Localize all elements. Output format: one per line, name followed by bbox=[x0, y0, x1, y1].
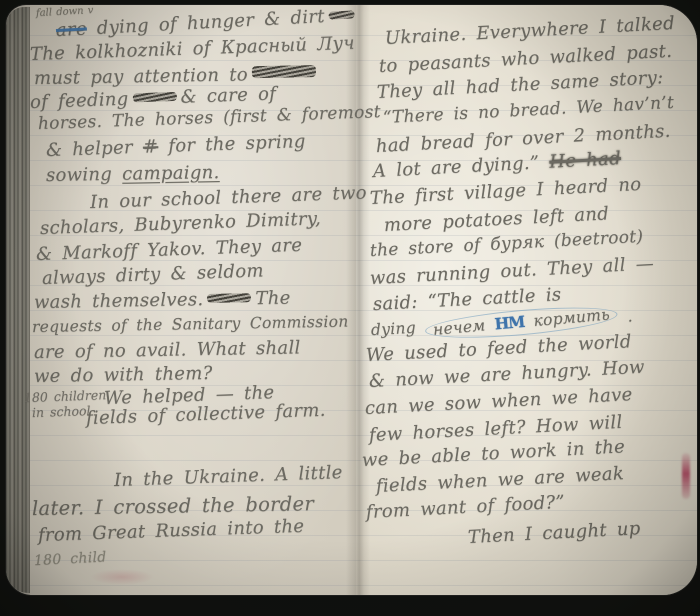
scribble-mark bbox=[207, 293, 251, 303]
line-text: dying bbox=[371, 318, 426, 339]
scribble-mark bbox=[132, 92, 176, 103]
margin-note: in school bbox=[32, 403, 91, 420]
line-text: нечем bbox=[433, 316, 487, 339]
handwritten-line: wash themselves.The bbox=[34, 288, 291, 313]
line-text: we do with them? bbox=[34, 363, 213, 387]
note-text: in school bbox=[32, 403, 91, 420]
margin-note: fall down v bbox=[36, 5, 94, 19]
margin-note: 180 children bbox=[24, 387, 107, 405]
footer-note: 180 child bbox=[34, 549, 107, 569]
handwritten-line: In our school there are two bbox=[90, 182, 368, 213]
line-text: always dirty & seldom bbox=[42, 260, 264, 289]
note-text: 180 child bbox=[34, 549, 107, 569]
line-text: . bbox=[627, 307, 633, 325]
note-text: 180 children bbox=[24, 387, 107, 405]
handwriting-layer: fall down v are dying of hunger & dirt T… bbox=[0, 0, 700, 616]
handwritten-line: sowing campaign. bbox=[46, 162, 220, 186]
blue-struck-word: are bbox=[55, 18, 87, 41]
handwritten-line: scholars, Bubyrenko Dimitry, bbox=[40, 208, 322, 239]
handwritten-line: we do with them? bbox=[34, 363, 213, 387]
line-text: Then I caught up bbox=[467, 518, 641, 548]
blue-ink-scribble: НМ bbox=[494, 312, 525, 334]
handwritten-line: must pay attention to bbox=[34, 63, 320, 89]
scribble-mark bbox=[329, 10, 355, 19]
line-text: from want of food?” bbox=[365, 492, 565, 523]
handwritten-line: always dirty & seldom bbox=[42, 260, 264, 289]
line-text: for the spring bbox=[158, 131, 306, 157]
handwritten-line: from Great Russia into the bbox=[38, 516, 305, 546]
handwritten-line: In the Ukraine. A little bbox=[114, 462, 343, 491]
line-text: from Great Russia into the bbox=[38, 516, 305, 546]
line-text: requests of the Sanitary Commission bbox=[32, 312, 349, 336]
struck-words: He had bbox=[549, 148, 622, 173]
line-text: A lot are dying.” bbox=[372, 152, 549, 182]
struck-symbol: # bbox=[143, 136, 159, 158]
line-text: scholars, Bubyrenko Dimitry, bbox=[40, 208, 322, 239]
handwritten-line: are of no avail. What shall bbox=[34, 337, 301, 363]
handwritten-line: from want of food?” bbox=[365, 492, 565, 523]
handwritten-line: requests of the Sanitary Commission bbox=[32, 312, 349, 336]
line-text: In the Ukraine. A little bbox=[114, 462, 343, 491]
line-text: wash themselves. bbox=[34, 289, 204, 313]
line-text: sowing bbox=[46, 164, 123, 186]
handwritten-line: Then I caught up bbox=[467, 518, 641, 548]
line-text: In our school there are two bbox=[90, 182, 368, 213]
handwritten-line: & helper # for the spring bbox=[46, 131, 306, 161]
notebook-photo: fall down v are dying of hunger & dirt T… bbox=[0, 0, 700, 616]
note-text: fall down v bbox=[36, 5, 94, 19]
scribble-mark bbox=[252, 65, 316, 78]
underlined-word: campaign. bbox=[122, 162, 220, 185]
line-text: кормить bbox=[533, 305, 611, 330]
line-text: & care of bbox=[180, 83, 276, 107]
line-text: are of no avail. What shall bbox=[34, 337, 301, 363]
line-text: The bbox=[255, 288, 291, 310]
line-text: & helper bbox=[46, 137, 144, 161]
line-text: of feeding bbox=[30, 89, 129, 113]
